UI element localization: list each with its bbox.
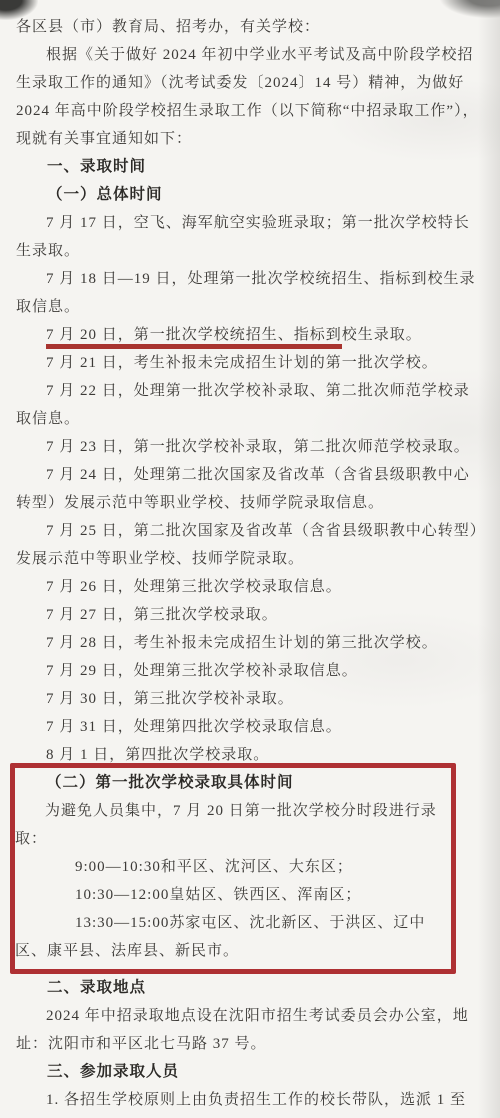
timeslot-2-areas: 皇姑区、铁西区、浑南区； (169, 887, 361, 903)
salutation-line: 各区县（市）教育局、招考办，有关学校： (16, 13, 480, 41)
jul20-rest-text: 校生录取。 (342, 327, 422, 343)
timeslot-1-time: 9:00—10:30 (45, 853, 161, 881)
schedule-line-jul31: 7 月 31 日，处理第四批次学校录取信息。 (16, 713, 480, 741)
sub2-intro-line: 为避免人员集中，7 月 20 日第一批次学校分时段进行录取： (15, 797, 445, 853)
schedule-line-jul24: 7 月 24 日，处理第二批次国家及省改革（含省县级职教中心转型）发展示范中等职… (16, 461, 480, 517)
schedule-line-jul28: 7 月 28 日，考生补报未完成招生计划的第三批次学校。 (16, 629, 480, 657)
schedule-line-jul25: 7 月 25 日，第二批次国家及省改革（含省县级职教中心转型）发展示范中等职业学… (16, 517, 480, 573)
scanned-notice-document: 各区县（市）教育局、招考办，有关学校： 根据《关于做好 2024 年初中学业水平… (0, 0, 500, 1114)
schedule-line-jul21: 7 月 21 日，考生补报未完成招生计划的第一批次学校。 (16, 349, 480, 377)
timeslot-row-3: 13:30—15:00苏家屯区、沈北新区、于洪区、辽中区、康平县、法库县、新民市… (15, 909, 445, 965)
intro-paragraph: 根据《关于做好 2024 年初中学业水平考试及高中阶段学校招生录取工作的通知》（… (16, 41, 480, 153)
schedule-line-jul30: 7 月 30 日，第三批次学校补录取。 (16, 685, 480, 713)
timeslot-3-time: 13:30—15:00 (45, 909, 169, 937)
timeslot-2-time: 10:30—12:00 (45, 881, 169, 909)
section1-sub1-heading: （一）总体时间 (16, 181, 480, 209)
timeslot-row-2: 10:30—12:00皇姑区、铁西区、浑南区； (15, 881, 445, 909)
schedule-line-jul17: 7 月 17 日，空飞、海军航空实验班录取；第一批次学校特长生录取。 (16, 209, 480, 265)
schedule-line-jul29: 7 月 29 日，处理第三批次学校补录取信息。 (16, 657, 480, 685)
schedule-line-jul23: 7 月 23 日，第一批次学校补录取，第二批次师范学校录取。 (16, 433, 480, 461)
timeslot-row-1: 9:00—10:30和平区、沈河区、大东区； (15, 853, 445, 881)
highlight-red-box: （二）第一批次学校录取具体时间 为避免人员集中，7 月 20 日第一批次学校分时… (10, 763, 456, 974)
schedule-line-jul26: 7 月 26 日，处理第三批次学校录取信息。 (16, 573, 480, 601)
schedule-line-jul22: 7 月 22 日，处理第一批次学校补录取、第二批次师范学校录取信息。 (16, 377, 480, 433)
red-underlined-text: 7 月 20 日，第一批次学校统招生、指标到 (46, 327, 342, 349)
section2-heading: 二、录取地点 (16, 974, 480, 1002)
section3-body-line: 1. 各招生学校原则上由负责招生工作的校长带队，选派 1 至 (16, 1086, 480, 1114)
schedule-line-jul27: 7 月 27 日，第三批次学校录取。 (16, 601, 480, 629)
section1-heading: 一、录取时间 (16, 153, 480, 181)
section3-heading: 三、参加录取人员 (16, 1058, 480, 1086)
schedule-line-jul20: 7 月 20 日，第一批次学校统招生、指标到校生录取。 (16, 321, 480, 349)
schedule-line-jul18-19: 7 月 18 日—19 日，处理第一批次学校统招生、指标到校生录取信息。 (16, 265, 480, 321)
timeslot-1-areas: 和平区、沈河区、大东区； (161, 859, 353, 875)
section1-sub2-heading: （二）第一批次学校录取具体时间 (15, 769, 445, 797)
section2-body-line: 2024 年中招录取地点设在沈阳市招生考试委员会办公室，地址：沈阳市和平区北七马… (16, 1002, 480, 1058)
